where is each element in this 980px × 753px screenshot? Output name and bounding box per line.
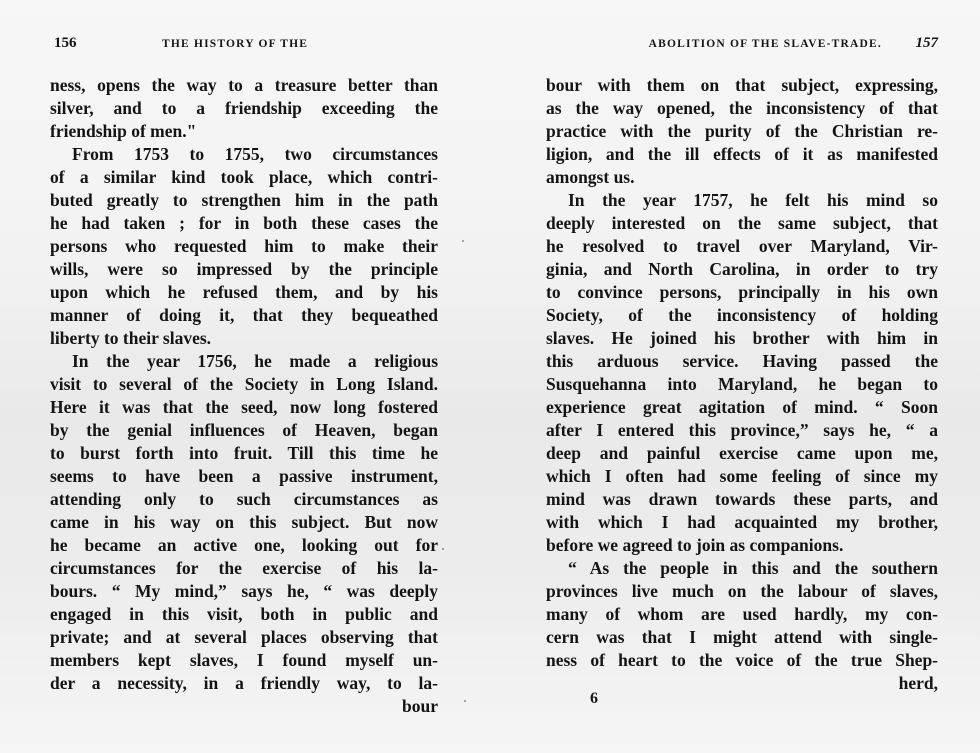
page-number: 157 xyxy=(916,35,939,52)
text-line: with which I had acquainted my brother, xyxy=(546,511,938,534)
text-line: slaves. He joined his brother with him i… xyxy=(546,327,938,350)
text-line: “ As the people in this and the southern xyxy=(546,557,938,580)
text-line: ness, opens the way to a treasure better… xyxy=(50,74,438,97)
text-line: provinces live much on the labour of sla… xyxy=(546,580,938,603)
text-line: In the year 1757, he felt his mind so xyxy=(546,189,938,212)
text-line: bours. “ My mind,” says he, “ was deeply xyxy=(50,580,438,603)
text-line: ligion, and the ill effects of it as man… xyxy=(546,143,938,166)
text-line: wills, were so impressed by the principl… xyxy=(50,258,438,281)
text-line: silver, and to a friendship exceeding th… xyxy=(50,97,438,120)
text-line: mind was drawn towards these parts, and xyxy=(546,488,938,511)
text-line: he became an active one, looking out for xyxy=(50,534,438,557)
text-line: friendship of men." xyxy=(50,120,438,143)
text-line: to convince persons, principally in his … xyxy=(546,281,938,304)
text-line: after I entered this province,” says he,… xyxy=(546,419,938,442)
text-line: this arduous service. Having passed the xyxy=(546,350,938,373)
text-line: manner of doing it, that they bequeathed xyxy=(50,304,438,327)
text-line: In the year 1756, he made a religious xyxy=(50,350,438,373)
text-line: der a necessity, in a friendly way, to l… xyxy=(50,672,438,695)
text-line: amongst us. xyxy=(546,166,938,189)
scan-speck xyxy=(442,548,444,550)
text-line: upon which he refused them, and by his xyxy=(50,281,438,304)
text-line: as the way opened, the inconsistency of … xyxy=(546,97,938,120)
scan-speck xyxy=(462,240,464,242)
text-line: engaged in this visit, both in public an… xyxy=(50,603,438,626)
text-line: circumstances for the exercise of his la… xyxy=(50,557,438,580)
text-line: deep and painful exercise came upon me, xyxy=(546,442,938,465)
page-number: 156 xyxy=(54,35,77,52)
body-text: ness, opens the way to a treasure better… xyxy=(50,74,438,718)
text-line: he had taken ; for in both these cases t… xyxy=(50,212,438,235)
text-line: deeply interested on the same subject, t… xyxy=(546,212,938,235)
text-line: came in his way on this subject. But now xyxy=(50,511,438,534)
text-line: visit to several of the Society in Long … xyxy=(50,373,438,396)
text-line: persons who requested him to make their xyxy=(50,235,438,258)
text-line: private; and at several places observing… xyxy=(50,626,438,649)
text-line: seems to have been a passive instrument, xyxy=(50,465,438,488)
text-line: ginia, and North Carolina, in order to t… xyxy=(546,258,938,281)
text-line: he resolved to travel over Maryland, Vir… xyxy=(546,235,938,258)
text-line: Society, of the inconsistency of holding xyxy=(546,304,938,327)
text-line: members kept slaves, I found myself un- xyxy=(50,649,438,672)
text-line: of a similar kind took place, which cont… xyxy=(50,166,438,189)
scan-speck xyxy=(464,700,466,702)
text-line: Susquehanna into Maryland, he began to xyxy=(546,373,938,396)
text-line: before we agreed to join as companions. xyxy=(546,534,938,557)
text-line: liberty to their slaves. xyxy=(50,327,438,350)
body-text: bour with them on that subject, expressi… xyxy=(546,74,938,695)
text-line: many of whom are used hardly, my con- xyxy=(546,603,938,626)
text-line: bour with them on that subject, expressi… xyxy=(546,74,938,97)
text-line: buted greatly to strengthen him in the p… xyxy=(50,189,438,212)
text-line: cern was that I might attend with single… xyxy=(546,626,938,649)
text-line: by the genial influences of Heaven, bega… xyxy=(50,419,438,442)
text-line: to burst forth into fruit. Till this tim… xyxy=(50,442,438,465)
text-line: experience great agitation of mind. “ So… xyxy=(546,396,938,419)
running-head: THE HISTORY OF THE xyxy=(162,38,308,50)
text-line: ness of heart to the voice of the true S… xyxy=(546,649,938,672)
signature-mark: 6 xyxy=(590,690,598,708)
text-line: attending only to such circumstances as xyxy=(50,488,438,511)
text-line: From 1753 to 1755, two circumstances xyxy=(50,143,438,166)
running-head: ABOLITION OF THE SLAVE-TRADE. xyxy=(649,38,882,50)
text-line: Here it was that the seed, now long fost… xyxy=(50,396,438,419)
text-line: which I often had some feeling of since … xyxy=(546,465,938,488)
text-line: herd, xyxy=(546,672,938,695)
text-line: practice with the purity of the Christia… xyxy=(546,120,938,143)
text-line: bour xyxy=(50,695,438,718)
